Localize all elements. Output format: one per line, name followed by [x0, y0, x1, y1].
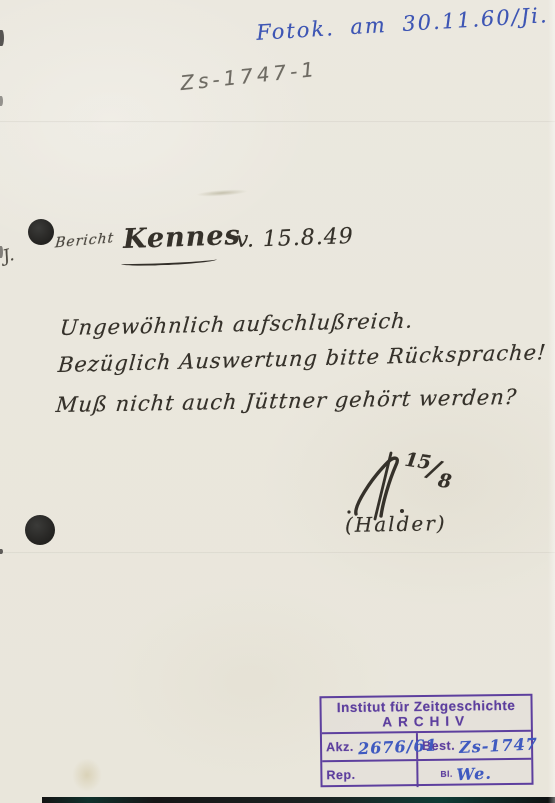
stamp-bl-value: We.	[456, 763, 492, 784]
paper-smudge	[196, 188, 248, 198]
stamp-best-value: Zs-1747	[459, 734, 539, 757]
paper-right-edge	[548, 0, 555, 803]
note-heading-name: Kennes	[122, 220, 241, 255]
stamp-rep-label: Rep.	[326, 768, 355, 782]
stamp-rep-cell: Rep.	[322, 761, 418, 788]
stamp-bl-label: Bl.	[440, 769, 452, 779]
fold-line-lower	[0, 552, 555, 554]
note-body-line: Bezüglich Auswertung bitte Rücksprache!	[57, 340, 547, 377]
signature-date-denominator: 8	[437, 470, 453, 494]
stamp-row: Rep. Bl. We.	[322, 760, 531, 789]
stamp-akz-label: Akz.	[326, 740, 354, 754]
edge-smudge	[0, 549, 3, 554]
stamp-row: Akz. 2676/61 Best. Zs-1747	[322, 732, 531, 763]
heading-underline	[121, 256, 217, 266]
fold-line-upper	[0, 121, 555, 123]
archive-stamp-header: Institut für Zeitgeschichte ARCHIV	[321, 696, 530, 735]
archive-stamp: Institut für Zeitgeschichte ARCHIV Akz. …	[319, 694, 533, 788]
scan-bottom-edge	[42, 797, 555, 803]
stamp-institution: Institut für Zeitgeschichte	[322, 698, 531, 716]
punch-hole-bottom	[25, 515, 55, 545]
note-heading-date: v. 15.8.49	[236, 224, 355, 253]
note-body-line: Ungewöhnlich aufschlußreich.	[59, 309, 414, 340]
signature-name: (Halder)	[345, 511, 447, 537]
pencil-archive-code: Zs-1747-1	[179, 57, 319, 95]
edge-smudge	[0, 96, 3, 106]
margin-initial-mark: J.	[1, 245, 16, 267]
edge-smudge	[0, 30, 4, 46]
photo-date-annotation: Fotok. am 30.11.60/Ji.	[256, 3, 550, 45]
punch-hole-top	[28, 219, 54, 245]
stamp-department: ARCHIV	[322, 713, 531, 731]
stamp-akz-cell: Akz. 2676/61	[322, 733, 418, 760]
stamp-bl-cell: Bl. We.	[418, 760, 531, 787]
note-heading-prefix: Bericht	[54, 230, 114, 251]
paper-stain	[72, 758, 102, 792]
stamp-akz-value: 2676/61	[357, 735, 437, 758]
scanned-document-page: Fotok. am 30.11.60/Ji. Zs-1747-1 J. Beri…	[0, 0, 555, 803]
note-body-line: Muß nicht auch Jüttner gehört werden?	[55, 385, 518, 417]
